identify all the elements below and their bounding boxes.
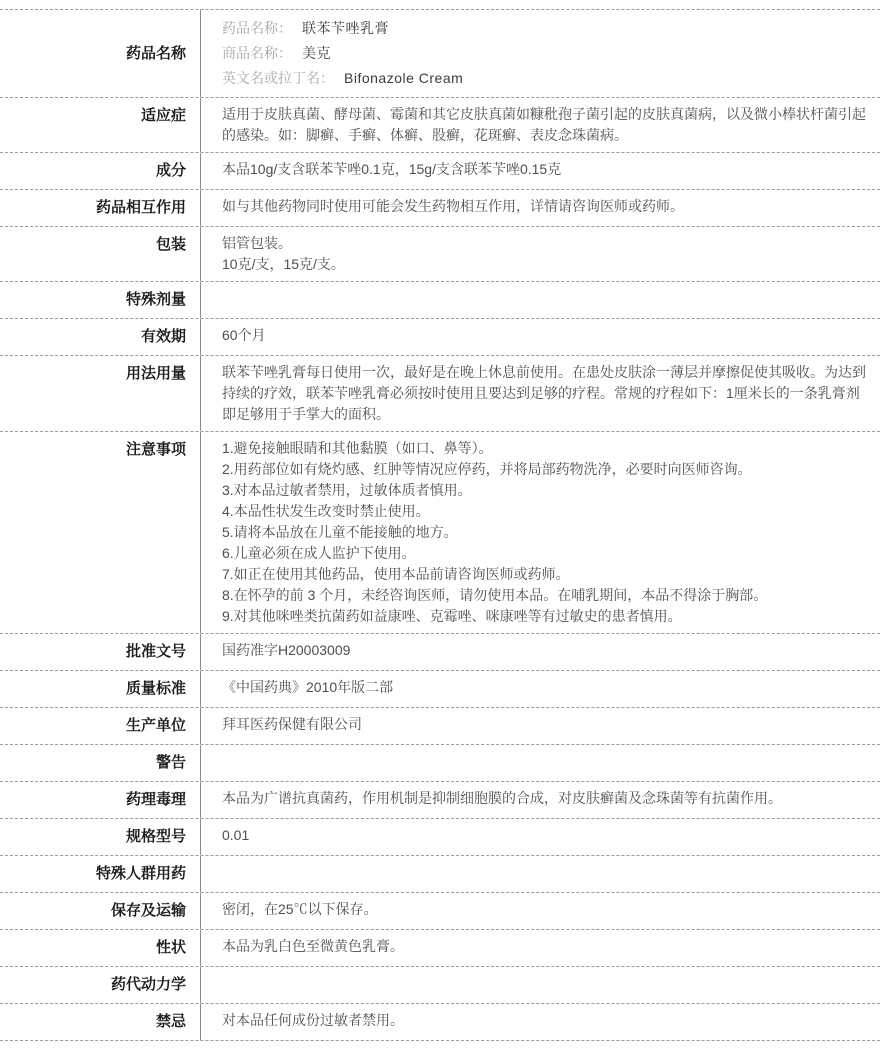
table-row: 药代动力学: [0, 967, 880, 1004]
row-content: 铝管包装。10克/支，15克/支。: [201, 227, 880, 281]
row-content: [201, 856, 880, 892]
row-label-cell: 禁忌: [0, 1004, 201, 1040]
name-pair-line: 药品名称：联苯苄唑乳膏: [222, 16, 866, 41]
row-label: 适应症: [141, 106, 186, 126]
row-label-cell: 药理毒理: [0, 782, 201, 818]
row-label: 注意事项: [126, 440, 186, 460]
row-label: 保存及运输: [111, 901, 186, 921]
row-label-cell: 有效期: [0, 319, 201, 355]
row-label-cell: 药代动力学: [0, 967, 201, 1003]
row-label-cell: 药品名称: [0, 10, 201, 97]
row-label: 质量标准: [126, 679, 186, 699]
row-content: 如与其他药物同时使用可能会发生药物相互作用，详情请咨询医师或药师。: [201, 190, 880, 226]
table-row: 有效期 60个月: [0, 319, 880, 356]
table-row: 保存及运输 密闭，在25℃以下保存。: [0, 893, 880, 930]
row-label: 用法用量: [126, 364, 186, 384]
row-content: 拜耳医药保健有限公司: [201, 708, 880, 744]
pair-key: 英文名或拉丁名：: [222, 70, 334, 86]
row-content: [201, 745, 880, 781]
pair-value: 美克: [302, 45, 331, 61]
content-line: 7.如正在使用其他药品，使用本品前请咨询医师或药师。: [222, 564, 866, 585]
row-label-cell: 特殊剂量: [0, 282, 201, 318]
row-content: [201, 967, 880, 1003]
content-line: 5.请将本品放在儿童不能接触的地方。: [222, 522, 866, 543]
table-row: 药品名称 药品名称：联苯苄唑乳膏商品名称：美克英文名或拉丁名：Bifonazol…: [0, 10, 880, 98]
row-content: 60个月: [201, 319, 880, 355]
row-label-cell: 警告: [0, 745, 201, 781]
table-row: 用法用量 联苯苄唑乳膏每日使用一次，最好是在晚上休息前使用。在患处皮肤涂一薄层并…: [0, 356, 880, 432]
content-line: 9.对其他咪唑类抗菌药如益康唑、克霉唑、咪康唑等有过敏史的患者慎用。: [222, 606, 866, 627]
row-label: 成分: [156, 161, 186, 181]
row-label: 有效期: [141, 327, 186, 347]
pair-value: 联苯苄唑乳膏: [302, 20, 389, 36]
row-label: 禁忌: [156, 1012, 186, 1032]
row-content: 《中国药典》2010年版二部: [201, 671, 880, 707]
table-row: 警告: [0, 745, 880, 782]
name-pair-line: 英文名或拉丁名：Bifonazole Cream: [222, 66, 866, 91]
table-row: 注意事项 1.避免接触眼睛和其他黏膜（如口、鼻等）。2.用药部位如有烧灼感、红肿…: [0, 432, 880, 634]
pair-key: 商品名称：: [222, 45, 292, 61]
row-label: 批准文号: [126, 642, 186, 662]
content-line: 8.在怀孕的前 3 个月，未经咨询医师，请勿使用本品。在哺乳期间，本品不得涂于胸…: [222, 585, 866, 606]
drug-info-table: 药品名称 药品名称：联苯苄唑乳膏商品名称：美克英文名或拉丁名：Bifonazol…: [0, 9, 880, 1041]
table-row: 成分 本品10g/支含联苯苄唑0.1克，15g/支含联苯苄唑0.15克: [0, 153, 880, 190]
row-label: 药代动力学: [111, 975, 186, 995]
row-label-cell: 规格型号: [0, 819, 201, 855]
table-row: 批准文号 国药准字H20003009: [0, 634, 880, 671]
table-row: 药品相互作用 如与其他药物同时使用可能会发生药物相互作用，详情请咨询医师或药师。: [0, 190, 880, 227]
row-label: 药品名称: [126, 44, 186, 64]
row-label-cell: 特殊人群用药: [0, 856, 201, 892]
table-row: 特殊剂量: [0, 282, 880, 319]
row-label: 包装: [156, 235, 186, 255]
row-label: 药品相互作用: [96, 198, 186, 218]
row-label-cell: 保存及运输: [0, 893, 201, 929]
row-content: 适用于皮肤真菌、酵母菌、霉菌和其它皮肤真菌如糠秕孢子菌引起的皮肤真菌病，以及微小…: [201, 98, 880, 152]
name-pair-line: 商品名称：美克: [222, 41, 866, 66]
table-row: 性状 本品为乳白色至微黄色乳膏。: [0, 930, 880, 967]
content-line: 2.用药部位如有烧灼感、红肿等情况应停药，并将局部药物洗净，必要时向医师咨询。: [222, 459, 866, 480]
row-label: 特殊人群用药: [96, 864, 186, 884]
row-label-cell: 适应症: [0, 98, 201, 152]
content-line: 10克/支，15克/支。: [222, 254, 866, 275]
content-line: 1.避免接触眼睛和其他黏膜（如口、鼻等）。: [222, 438, 866, 459]
row-label-cell: 成分: [0, 153, 201, 189]
table-row: 规格型号 0.01: [0, 819, 880, 856]
content-line: 6.儿童必须在成人监护下使用。: [222, 543, 866, 564]
row-label-cell: 包装: [0, 227, 201, 281]
row-content: 药品名称：联苯苄唑乳膏商品名称：美克英文名或拉丁名：Bifonazole Cre…: [201, 10, 880, 97]
row-label: 药理毒理: [126, 790, 186, 810]
row-content: 对本品任何成份过敏者禁用。: [201, 1004, 880, 1040]
row-content: 0.01: [201, 819, 880, 855]
row-label: 生产单位: [126, 716, 186, 736]
row-label-cell: 生产单位: [0, 708, 201, 744]
row-label-cell: 质量标准: [0, 671, 201, 707]
row-content: 本品为广谱抗真菌药，作用机制是抑制细胞膜的合成，对皮肤癣菌及念珠菌等有抗菌作用。: [201, 782, 880, 818]
row-content: 密闭，在25℃以下保存。: [201, 893, 880, 929]
table-row: 药理毒理 本品为广谱抗真菌药，作用机制是抑制细胞膜的合成，对皮肤癣菌及念珠菌等有…: [0, 782, 880, 819]
table-row: 禁忌 对本品任何成份过敏者禁用。: [0, 1004, 880, 1041]
row-content: [201, 282, 880, 318]
content-line: 3.对本品过敏者禁用，过敏体质者慎用。: [222, 480, 866, 501]
row-content: 1.避免接触眼睛和其他黏膜（如口、鼻等）。2.用药部位如有烧灼感、红肿等情况应停…: [201, 432, 880, 633]
row-label: 规格型号: [126, 827, 186, 847]
pair-key: 药品名称：: [222, 20, 292, 36]
row-label-cell: 批准文号: [0, 634, 201, 670]
row-label-cell: 注意事项: [0, 432, 201, 633]
table-row: 特殊人群用药: [0, 856, 880, 893]
row-content: 本品10g/支含联苯苄唑0.1克，15g/支含联苯苄唑0.15克: [201, 153, 880, 189]
table-row: 适应症 适用于皮肤真菌、酵母菌、霉菌和其它皮肤真菌如糠秕孢子菌引起的皮肤真菌病，…: [0, 98, 880, 153]
content-line: 4.本品性状发生改变时禁止使用。: [222, 501, 866, 522]
row-content: 本品为乳白色至微黄色乳膏。: [201, 930, 880, 966]
row-label: 特殊剂量: [126, 290, 186, 310]
row-label-cell: 性状: [0, 930, 201, 966]
row-content: 国药准字H20003009: [201, 634, 880, 670]
row-content: 联苯苄唑乳膏每日使用一次，最好是在晚上休息前使用。在患处皮肤涂一薄层并摩擦促使其…: [201, 356, 880, 431]
row-label-cell: 用法用量: [0, 356, 201, 431]
table-row: 质量标准 《中国药典》2010年版二部: [0, 671, 880, 708]
row-label: 警告: [156, 753, 186, 773]
pair-value: Bifonazole Cream: [344, 70, 463, 86]
table-row: 包装 铝管包装。10克/支，15克/支。: [0, 227, 880, 282]
row-label: 性状: [156, 938, 186, 958]
row-label-cell: 药品相互作用: [0, 190, 201, 226]
table-row: 生产单位 拜耳医药保健有限公司: [0, 708, 880, 745]
content-line: 铝管包装。: [222, 233, 866, 254]
